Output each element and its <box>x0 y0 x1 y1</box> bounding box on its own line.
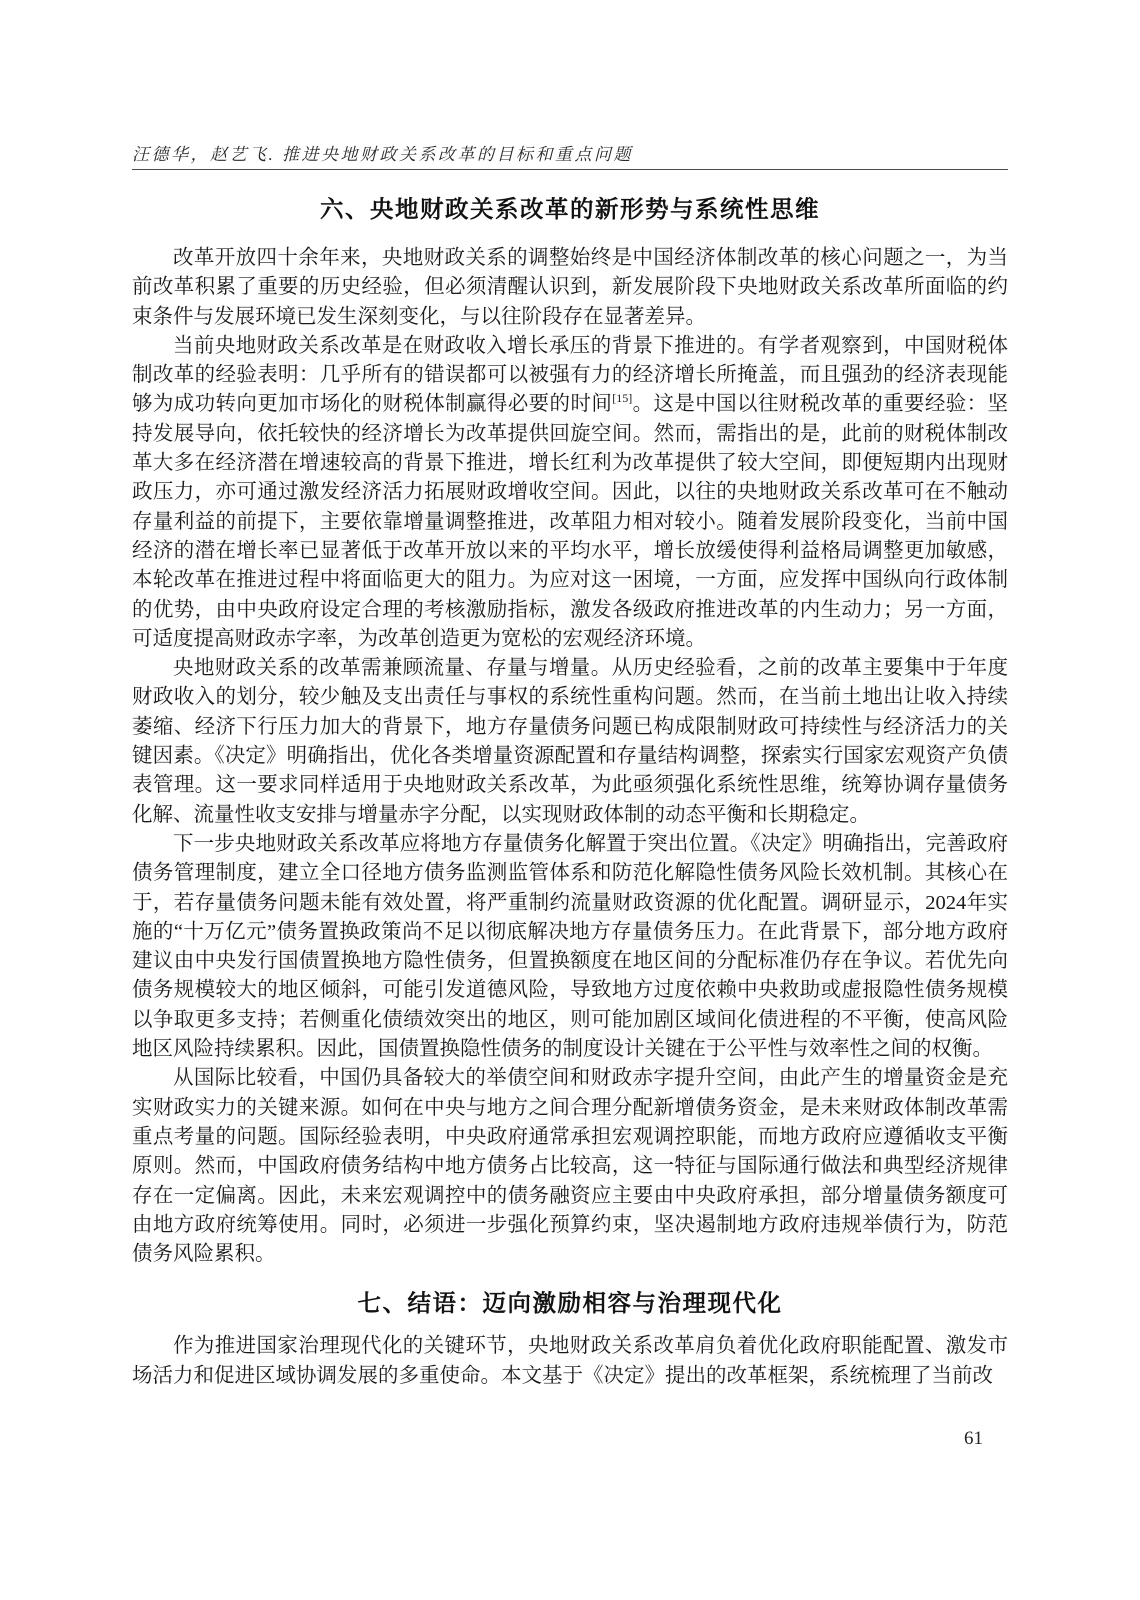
paragraph-3: 央地财政关系的改革需兼顾流量、存量与增量。从历史经验看，之前的改革主要集中于年度… <box>132 654 1008 830</box>
paragraph-2: 当前央地财政关系改革是在财政收入增长承压的背景下推进的。有学者观察到，中国财税体… <box>132 332 1008 654</box>
section-7-heading: 七、结语：迈向激励相容与治理现代化 <box>132 1288 1008 1318</box>
section-6-heading: 六、央地财政关系改革的新形势与系统性思维 <box>132 194 1008 224</box>
header-rule <box>132 169 1008 170</box>
page-content: 汪德华，赵艺飞. 推进央地财政关系改革的目标和重点问题 六、央地财政关系改革的新… <box>132 0 1008 1391</box>
paragraph-2-text-after-citation: 。这是中国以往财税改革的重要经验：坚持发展导向，依托较快的经济增长为改革提供回旋… <box>132 393 1008 649</box>
page-number: 61 <box>964 1428 983 1450</box>
section-6-body: 改革开放四十余年来，央地财政关系的调整始终是中国经济体制改革的核心问题之一，为当… <box>132 244 1008 1269</box>
paragraph-5: 从国际比较看，中国仍具备较大的举债空间和财政赤字提升空间，由此产生的增量资金是充… <box>132 1064 1008 1269</box>
citation-ref-15: [15] <box>612 392 632 406</box>
paragraph-1: 改革开放四十余年来，央地财政关系的调整始终是中国经济体制改革的核心问题之一，为当… <box>132 244 1008 332</box>
running-head: 汪德华，赵艺飞. 推进央地财政关系改革的目标和重点问题 <box>132 144 1008 165</box>
paragraph-4: 下一步央地财政关系改革应将地方存量债务化解置于突出位置。《决定》明确指出，完善政… <box>132 830 1008 1064</box>
paper-page: 汪德华，赵艺飞. 推进央地财政关系改革的目标和重点问题 六、央地财政关系改革的新… <box>0 0 1140 1600</box>
paragraph-6: 作为推进国家治理现代化的关键环节，央地财政关系改革肩负着优化政府职能配置、激发市… <box>132 1332 1008 1391</box>
